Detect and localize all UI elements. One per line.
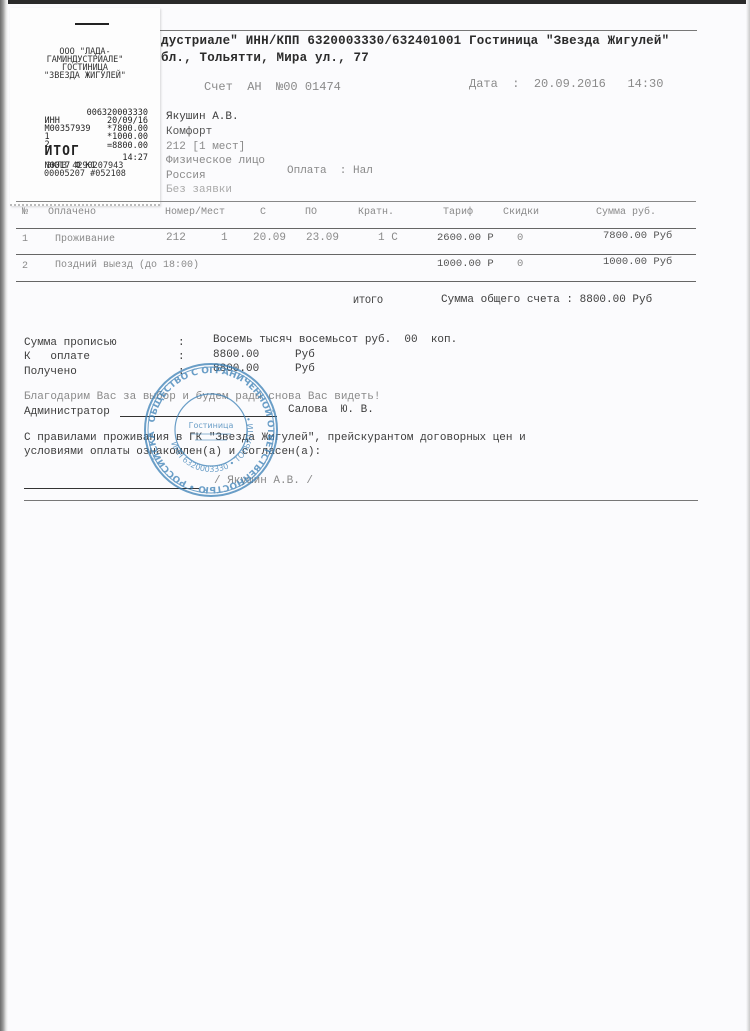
scan-edge-top xyxy=(0,0,750,4)
guest-country: Россия xyxy=(166,170,206,182)
row-discount: 0 xyxy=(517,258,523,270)
invoice-series: АН xyxy=(247,80,261,94)
date-value: 20.09.2016 xyxy=(534,77,606,91)
col-discount: Скидки xyxy=(503,207,539,218)
receipt-footer: 00005207 #052108 xyxy=(10,170,160,178)
to-pay-label: К оплате xyxy=(24,351,90,363)
header-top-rule xyxy=(160,30,697,31)
table-top-rule xyxy=(16,201,696,202)
col-service: Оплачено xyxy=(48,207,96,218)
row-service: Поздний выезд (до 18:00) xyxy=(55,260,199,271)
admin-name: Салова Ю. В. xyxy=(288,404,374,416)
row-sum: 1000.00 Руб xyxy=(603,256,672,268)
col-tariff: Тариф xyxy=(443,207,473,218)
colon: : xyxy=(178,337,185,349)
col-to: ПО xyxy=(305,207,317,218)
row-sum: 7800.00 Руб xyxy=(603,230,672,242)
booking-request: Без заявки xyxy=(166,184,232,196)
invoice-date: Дата : 20.09.2016 14:30 xyxy=(469,77,663,91)
receipt-tear-mark xyxy=(75,23,109,25)
in-words-label: Сумма прописью xyxy=(24,337,116,349)
currency: Руб xyxy=(295,349,315,361)
invoice-title: Счет АН №00 01474 xyxy=(204,80,341,94)
stamp-center-text: Гостиница xyxy=(189,421,234,430)
address-line: бл., Тольятти, Мира ул., 77 xyxy=(161,51,369,65)
org-line: дустриале" ИНН/КПП 6320003330/632401001 … xyxy=(161,34,669,48)
row-tariff: 2600.00 Р xyxy=(437,232,494,244)
row-qty: 1 С xyxy=(378,232,398,244)
cash-receipt: ООО "ЛАДА- ГАМИНДУСТРИАЛЕ" ГОСТИНИЦА "ЗВ… xyxy=(10,8,160,206)
person-type: Физическое лицо xyxy=(166,155,265,167)
invoice-label: Счет xyxy=(204,80,233,94)
col-sum: Сумма руб. xyxy=(596,207,656,218)
row-num: 2 xyxy=(22,261,28,272)
col-num: № xyxy=(22,207,28,218)
col-room: Номер/Мест xyxy=(165,207,225,218)
time-value: 14:30 xyxy=(627,77,663,91)
payment-label: Оплата xyxy=(287,165,327,177)
admin-label: Администратор xyxy=(24,406,110,418)
received-label: Получено xyxy=(24,366,77,378)
row-num: 1 xyxy=(22,234,28,245)
invoice-number: №00 01474 xyxy=(276,80,341,94)
date-label: Дата xyxy=(469,77,498,91)
receipt-time: 14:27 xyxy=(122,154,148,162)
scan-edge-right xyxy=(746,0,750,1031)
table-row-rule xyxy=(16,254,696,255)
table-bottom-rule xyxy=(16,281,696,282)
col-from: С xyxy=(260,207,266,218)
row-discount: 0 xyxy=(517,232,523,244)
room-category: Комфорт xyxy=(166,126,212,138)
row-room: 212 xyxy=(166,232,186,244)
row-service: Проживание xyxy=(55,234,115,245)
total-label: ИТОГО xyxy=(353,296,383,307)
row-from: 20.09 xyxy=(253,232,286,244)
receipt-total-amount: =8800.00 xyxy=(107,142,148,150)
receipt-org-line: "ЗВЕЗДА ЖИГУЛЕЙ" xyxy=(10,72,160,80)
payment-value: Нал xyxy=(353,165,373,177)
col-qty: Кратн. xyxy=(358,207,394,218)
row-to: 23.09 xyxy=(306,232,339,244)
footer-bottom-rule xyxy=(24,500,698,501)
scan-edge-left xyxy=(0,0,8,1031)
company-stamp: ОБЩЕСТВО С ОГРАНИЧЕННОЙ ОТВЕТСТВЕННОСТЬЮ… xyxy=(143,362,279,498)
in-words-value: Восемь тысяч восемьсот руб. 00 коп. xyxy=(213,334,457,346)
to-pay-value: 8800.00 xyxy=(213,349,259,361)
total-text: Сумма общего счета : 8800.00 Руб xyxy=(441,294,652,306)
receipt-total-row: ИТОГ=8800.00 xyxy=(24,140,148,152)
payment-method: Оплата : Нал xyxy=(287,165,373,177)
row-places: 1 xyxy=(221,232,228,244)
guest-name: Якушин А.В. xyxy=(166,111,239,123)
currency: Руб xyxy=(295,363,315,375)
row-tariff: 1000.00 Р xyxy=(437,258,494,270)
room-number: 212 [1 мест] xyxy=(166,141,245,153)
table-header-rule xyxy=(16,228,696,229)
